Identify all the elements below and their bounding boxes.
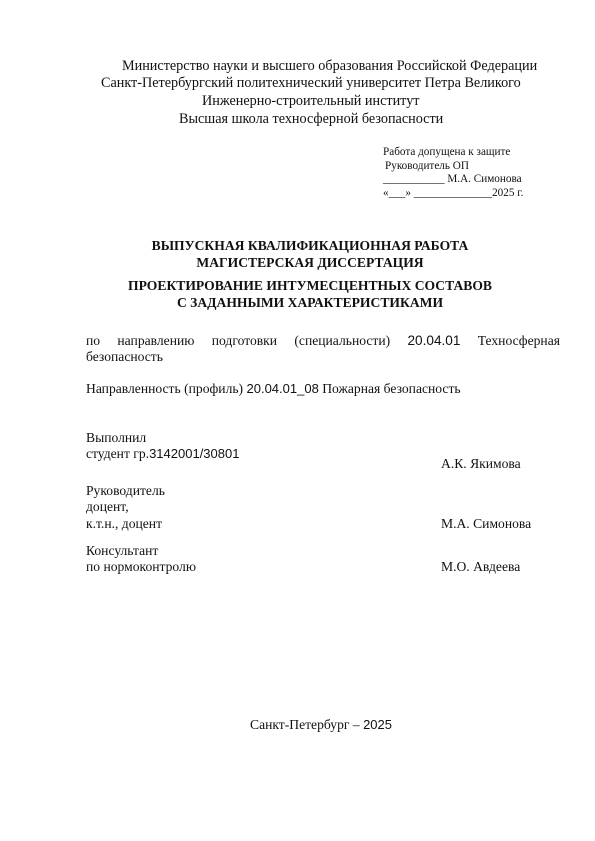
direction-name-part1: Техносферная bbox=[478, 333, 560, 348]
work-type-line-2: МАГИСТЕРСКАЯ ДИССЕРТАЦИЯ bbox=[0, 254, 595, 271]
direction-prefix: по направлению подготовки (специальности… bbox=[86, 333, 390, 348]
topic-line-1: ПРОЕКТИРОВАНИЕ ИНТУМЕСЦЕНТНЫХ СОСТАВОВ bbox=[0, 277, 595, 294]
supervisor-label-3: к.т.н., доцент bbox=[86, 516, 162, 532]
author-label-prefix: студент гр. bbox=[86, 446, 149, 461]
work-type-line-1: ВЫПУСКНАЯ КВАЛИФИКАЦИОННАЯ РАБОТА bbox=[0, 237, 595, 254]
profile-code: 20.04.01_08 bbox=[247, 381, 319, 396]
direction-code: 20.04.01 bbox=[407, 333, 460, 348]
footer-year: 2025 bbox=[363, 717, 392, 732]
supervisor-label-2: доцент, bbox=[86, 499, 129, 515]
approval-line-4: «___» ______________2025 г. bbox=[383, 187, 523, 201]
footer-city: Санкт-Петербург – bbox=[250, 717, 360, 732]
footer-city-year: Санкт-Петербург – 2025 bbox=[250, 717, 392, 733]
supervisor-label-1: Руководитель bbox=[86, 483, 165, 499]
approval-line-1: Работа допущена к защите bbox=[383, 146, 523, 160]
topic-line-2: С ЗАДАННЫМИ ХАРАКТЕРИСТИКАМИ bbox=[0, 294, 595, 311]
author-label-1: Выполнил bbox=[86, 430, 146, 446]
school-text: Высшая школа техносферной безопасности bbox=[179, 110, 443, 128]
direction-line-1: по направлению подготовки (специальности… bbox=[86, 333, 560, 349]
supervisor-name: М.А. Симонова bbox=[441, 516, 531, 532]
profile-name: Пожарная безопасность bbox=[322, 381, 460, 396]
approval-line-2: Руководитель ОП bbox=[383, 160, 523, 174]
university-text: Санкт-Петербургский политехнический унив… bbox=[101, 74, 521, 92]
ministry-text: Министерство науки и высшего образования… bbox=[122, 57, 537, 75]
profile-line: Направленность (профиль) 20.04.01_08 Пож… bbox=[86, 381, 461, 397]
consultant-label-2: по нормоконтролю bbox=[86, 559, 196, 575]
consultant-label-1: Консультант bbox=[86, 543, 158, 559]
approval-block: Работа допущена к защите Руководитель ОП… bbox=[383, 146, 523, 200]
approval-line-3: ___________ М.А. Симонова bbox=[383, 173, 523, 187]
direction-line-2: безопасность bbox=[86, 349, 163, 365]
institute-text: Инженерно-строительный институт bbox=[202, 92, 420, 110]
author-name: А.К. Якимова bbox=[441, 456, 521, 472]
consultant-name: М.О. Авдеева bbox=[441, 559, 520, 575]
profile-prefix: Направленность (профиль) bbox=[86, 381, 243, 396]
author-label-2: студент гр.3142001/30801 bbox=[86, 446, 239, 462]
author-group: 3142001/30801 bbox=[149, 446, 239, 461]
